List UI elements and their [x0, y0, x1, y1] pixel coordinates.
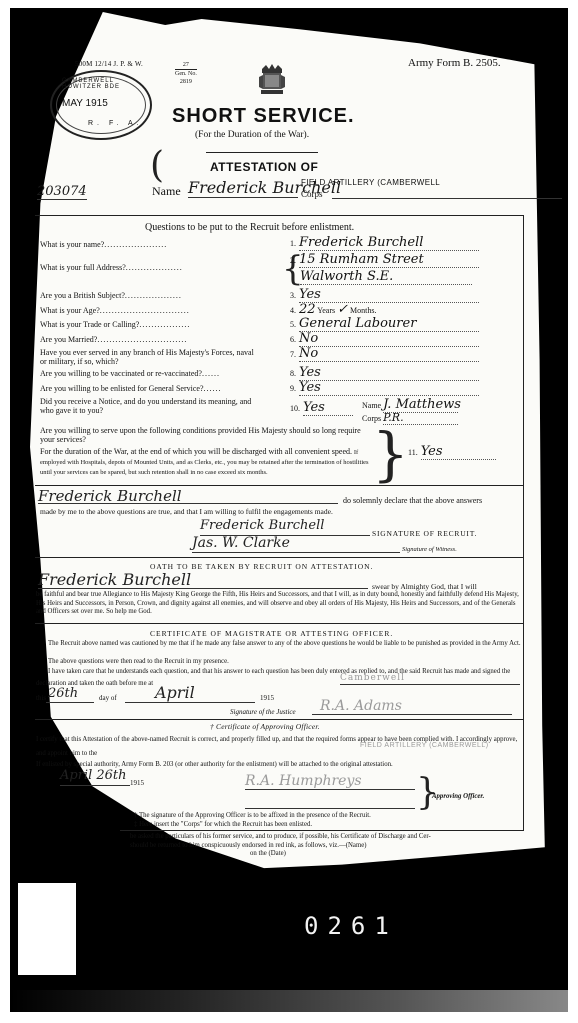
section-divider — [35, 485, 523, 486]
footnote-2: ‡ Here insert the "Corps" for which the … — [134, 821, 514, 830]
section-divider — [35, 557, 523, 558]
place-line — [340, 684, 520, 685]
approving-officer-signature: R.A. Humphreys — [245, 773, 362, 789]
questions-header: Questions to be put to the Recruit befor… — [145, 222, 354, 233]
answer-4: 4.22 Years ✓ Months. — [290, 302, 376, 317]
question-11-conditions: For the duration of the War, at the end … — [40, 447, 370, 477]
form-subtitle: (For the Duration of the War). — [195, 130, 309, 140]
magistrate-heading: CERTIFICATE OF MAGISTRATE OR ATTESTING O… — [150, 629, 393, 638]
question-8: Are you willing to be vaccinated or re-v… — [40, 369, 220, 378]
approval-year: 1915 — [130, 779, 144, 787]
magistrate-understands: I have taken care that he understands ea… — [36, 666, 522, 690]
answer-2-line2: Walworth S.E. — [300, 269, 472, 285]
declaration-text-2: made by me to the above questions are tr… — [40, 507, 333, 516]
witness-sig-label: Signature of Witness. — [402, 546, 457, 553]
this-label: this — [36, 694, 46, 702]
stamp-unit: CAMBERWELL HOWITZER BDE — [62, 78, 150, 90]
question-5: What is your Trade or Calling?..........… — [40, 320, 190, 329]
title-rule — [206, 152, 318, 153]
approving-sig-line-2 — [245, 808, 415, 809]
question-7: Have you ever served in any branch of Hi… — [40, 348, 255, 366]
gen-no-top: 27 — [175, 61, 197, 69]
question-11: Are you willing to serve upon the follow… — [40, 426, 370, 444]
corps-line — [332, 198, 562, 199]
footnote-1: † The signature of the Approving Officer… — [134, 812, 514, 821]
oath-text: be faithful and bear true Allegiance to … — [36, 591, 522, 617]
question-3: Are you a British Subject?..............… — [40, 291, 182, 300]
gen-no-label: Gen. No. — [175, 69, 197, 78]
oath-name-line — [38, 588, 368, 589]
day-line — [46, 702, 94, 703]
approval-date-line — [60, 785, 130, 786]
approval-date: April 26th — [60, 768, 127, 783]
answer-8: 8.Yes — [290, 365, 479, 381]
magistrate-read: The above questions were then read to th… — [48, 657, 518, 666]
corps-value: FIELD ARTILLERY (CAMBERWELL — [301, 178, 440, 187]
approving-sig-line — [245, 789, 415, 790]
answer-6: 6.No — [290, 331, 479, 347]
footer-line-3: on the (Date) — [130, 850, 530, 859]
oath-name: Frederick Burchell — [38, 570, 191, 589]
section-divider — [120, 830, 523, 831]
recruit-name: Frederick Burchell — [188, 178, 298, 198]
witness-signature: Jas. W. Clarke — [192, 535, 290, 551]
attestation-heading: ATTESTATION OF — [210, 160, 318, 174]
justice-label: Signature of the Justice — [230, 708, 296, 716]
witness-signature-line — [192, 552, 400, 553]
footer-text: be asked the particulars of his former s… — [130, 833, 530, 859]
attestation-year: 1915 — [260, 694, 274, 702]
question-4: What is your Age?.......................… — [40, 306, 190, 315]
question-2: What is your full Address?..............… — [40, 263, 183, 272]
answer-3: 3.Yes — [290, 287, 479, 303]
corps-label: Corps — [301, 189, 323, 199]
royal-crest-icon — [256, 63, 288, 97]
justice-signature: R.A. Adams — [320, 698, 402, 714]
justice-line — [312, 714, 512, 715]
section-divider — [35, 623, 523, 624]
print-reference: 500M 12/14 J. P. & W. — [75, 60, 143, 68]
footer-line-2: should be returned to him conspicuously … — [130, 842, 530, 851]
section-divider — [35, 719, 523, 720]
film-edge — [10, 990, 568, 1012]
answer-10: 10.Yes — [290, 400, 353, 416]
approving-footnotes: † The signature of the Approving Officer… — [134, 812, 514, 829]
stamp-corps: R. F. A. — [88, 120, 143, 127]
approving-heading: † Certificate of Approving Officer. — [210, 722, 320, 731]
attestation-place: Camberwell — [340, 673, 405, 683]
gen-no-bottom: 2819 — [175, 78, 197, 86]
frame-counter: 0261 — [304, 912, 398, 940]
attestation-day: 26th — [48, 686, 78, 701]
brace-11: } — [372, 420, 409, 488]
gen-number: 27 Gen. No. 2819 — [175, 61, 197, 86]
form-title: SHORT SERVICE. — [172, 105, 355, 128]
attestation-month: April — [155, 683, 195, 702]
footer-line-1: be asked the particulars of his former s… — [130, 833, 530, 842]
name-label: Name — [152, 184, 181, 199]
answer-2: 2.15 Rumham Street — [290, 252, 479, 268]
army-form-number: Army Form B. 2505. — [408, 57, 501, 69]
unit-date-stamp: CAMBERWELL HOWITZER BDE MAY 1915 R. F. A… — [50, 70, 152, 140]
recruit-sig-label: SIGNATURE OF RECRUIT. — [372, 529, 477, 538]
question-1: What is your name?..................... — [40, 240, 167, 249]
declaration-text: do solemnly declare that the above answe… — [343, 496, 482, 505]
question-9: Are you willing to be enlisted for Gener… — [40, 384, 222, 393]
answer-9: 9.Yes — [290, 380, 479, 396]
oath-text-lead: swear by Almighty God, that I will — [372, 582, 477, 591]
question-6: Are you Married?........................… — [40, 335, 187, 344]
day-of-label: day of — [99, 694, 117, 702]
answer-7: 7.No — [290, 346, 479, 362]
recruit-signature: Frederick Burchell — [200, 518, 324, 533]
magistrate-caution: The Recruit above named was cautioned by… — [36, 640, 522, 649]
approving-officer-label: Approving Officer. — [432, 793, 484, 800]
approved-corps: FIELD ARTILLERY (CAMBERWELL) — [360, 742, 489, 749]
question-10: Did you receive a Notice, and do you und… — [40, 397, 255, 415]
answer-5: 5.General Labourer — [290, 316, 479, 332]
bracket-mark: ( — [150, 145, 164, 186]
month-line — [125, 702, 255, 703]
answer-1: 1.Frederick Burchell — [290, 235, 479, 251]
white-label-card — [18, 883, 76, 975]
declaration-name-line — [38, 503, 338, 504]
stamp-date: MAY 1915 — [62, 98, 108, 109]
answer-11: 11.Yes — [408, 444, 496, 460]
regimental-number: 203074 — [37, 184, 87, 200]
